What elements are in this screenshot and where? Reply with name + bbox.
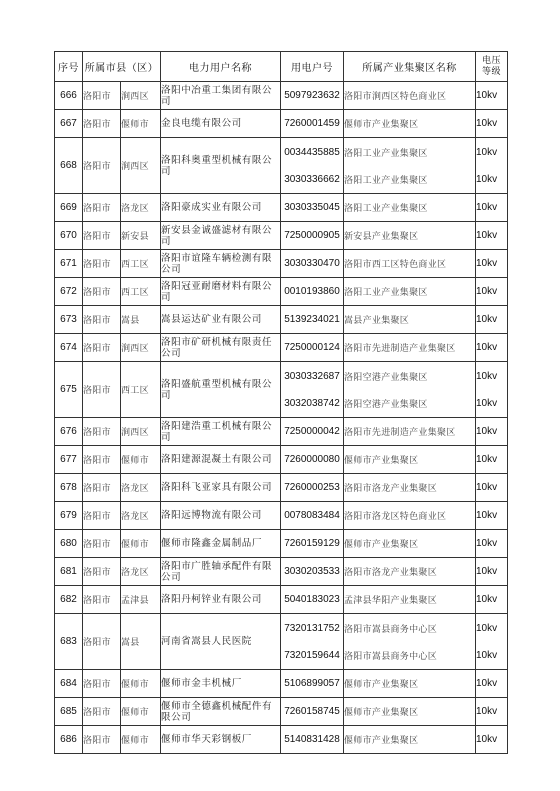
header-zone-name: 所属产业集聚区名称 bbox=[344, 52, 476, 82]
row-user-name: 洛阳远博物流有限公司 bbox=[161, 502, 281, 530]
row-voltage: 10kv bbox=[476, 278, 508, 306]
row-city: 洛阳市 bbox=[83, 278, 121, 306]
row-account-no: 7260001459 bbox=[281, 110, 344, 138]
table-row: 680洛阳市偃师市偃师市隆鑫金属制品厂7260159129偃师市产业集聚区10k… bbox=[55, 530, 508, 558]
table-row: 668洛阳市涧西区洛阳科奥重型机械有限公司0034435885303033666… bbox=[55, 138, 508, 194]
table-row: 679洛阳市洛龙区洛阳远博物流有限公司0078083484洛阳市洛龙区特色商业区… bbox=[55, 502, 508, 530]
row-zone-name: 洛阳工业产业集聚区 bbox=[344, 194, 476, 222]
row-zone-name: 洛阳市嵩县商务中心区 bbox=[344, 642, 475, 669]
row-city: 洛阳市 bbox=[83, 558, 121, 586]
row-city: 洛阳市 bbox=[83, 194, 121, 222]
row-city: 洛阳市 bbox=[83, 670, 121, 698]
row-city: 洛阳市 bbox=[83, 250, 121, 278]
table-row: 672洛阳市西工区洛阳冠亚耐磨材料有限公司0010193860洛阳工业产业集聚区… bbox=[55, 278, 508, 306]
row-account-no: 3030332687 bbox=[281, 363, 343, 390]
row-zone-name: 洛阳市西工区特色商业区 bbox=[344, 250, 476, 278]
table-row: 681洛阳市洛龙区洛阳市广胜轴承配件有限公司3030203533洛阳市洛龙产业集… bbox=[55, 558, 508, 586]
row-county: 西工区 bbox=[121, 362, 161, 418]
row-zone-name: 洛阳工业产业集聚区 bbox=[344, 139, 475, 166]
table-row: 675洛阳市西工区洛阳盛航重型机械有限公司3030332687303203874… bbox=[55, 362, 508, 418]
row-zone-name: 洛阳市洛龙产业集聚区 bbox=[344, 558, 476, 586]
row-account-no: 7250000124 bbox=[281, 334, 344, 362]
row-county: 偃师市 bbox=[121, 110, 161, 138]
row-voltage-group: 10kv10kv bbox=[476, 138, 508, 194]
row-voltage: 10kv bbox=[476, 558, 508, 586]
table-row: 682洛阳市孟津县洛阳丹柯锌业有限公司5040183023孟津县华阳产业集聚区1… bbox=[55, 586, 508, 614]
row-voltage: 10kv bbox=[476, 474, 508, 502]
row-user-name: 金良电缆有限公司 bbox=[161, 110, 281, 138]
row-voltage: 10kv bbox=[476, 334, 508, 362]
row-seq: 674 bbox=[55, 334, 83, 362]
row-account-no: 0010193860 bbox=[281, 278, 344, 306]
row-seq: 669 bbox=[55, 194, 83, 222]
row-zone-name: 偃师市产业集聚区 bbox=[344, 446, 476, 474]
row-account-no: 5040183023 bbox=[281, 586, 344, 614]
row-voltage: 10kv bbox=[476, 670, 508, 698]
table-body: 666洛阳市涧西区洛阳中冶重工集团有限公司5097923632洛阳市涧西区特色商… bbox=[55, 82, 508, 754]
row-account-no: 7260000080 bbox=[281, 446, 344, 474]
row-zone-name: 洛阳市先进制造产业集聚区 bbox=[344, 418, 476, 446]
row-user-name: 洛阳市谊隆车辆检测有限公司 bbox=[161, 250, 281, 278]
row-user-name: 洛阳市广胜轴承配件有限公司 bbox=[161, 558, 281, 586]
row-zone-name: 孟津县华阳产业集聚区 bbox=[344, 586, 476, 614]
row-voltage-group: 10kv10kv bbox=[476, 614, 508, 670]
row-account-no: 7250000905 bbox=[281, 222, 344, 250]
header-voltage-line2: 等级 bbox=[476, 67, 507, 78]
row-seq: 678 bbox=[55, 474, 83, 502]
row-voltage: 10kv bbox=[476, 615, 507, 642]
row-voltage: 10kv bbox=[476, 166, 507, 193]
table-row: 676洛阳市涧西区洛阳建浩重工机械有限公司7250000042洛阳市先进制造产业… bbox=[55, 418, 508, 446]
table-header-row: 序号 所属市县（区） 电力用户名称 用电户号 所属产业集聚区名称 电压 等级 bbox=[55, 52, 508, 82]
table-row: 684洛阳市偃师市偃师市金丰机械厂5106899057偃师市产业集聚区10kv bbox=[55, 670, 508, 698]
row-seq: 667 bbox=[55, 110, 83, 138]
row-county: 洛龙区 bbox=[121, 558, 161, 586]
row-county: 洛龙区 bbox=[121, 194, 161, 222]
row-seq: 684 bbox=[55, 670, 83, 698]
row-voltage: 10kv bbox=[476, 418, 508, 446]
row-account-no-group: 30303326873032038742 bbox=[281, 362, 344, 418]
row-city: 洛阳市 bbox=[83, 418, 121, 446]
row-county: 偃师市 bbox=[121, 670, 161, 698]
row-city: 洛阳市 bbox=[83, 530, 121, 558]
table-row: 671洛阳市西工区洛阳市谊隆车辆检测有限公司3030330470洛阳市西工区特色… bbox=[55, 250, 508, 278]
row-seq: 686 bbox=[55, 726, 83, 754]
row-seq: 673 bbox=[55, 306, 83, 334]
row-user-name: 洛阳市矿研机械有限责任公司 bbox=[161, 334, 281, 362]
row-voltage: 10kv bbox=[476, 530, 508, 558]
row-seq: 681 bbox=[55, 558, 83, 586]
row-city: 洛阳市 bbox=[83, 306, 121, 334]
row-user-name: 偃师市华天彩钢板厂 bbox=[161, 726, 281, 754]
row-user-name: 洛阳科飞亚家具有限公司 bbox=[161, 474, 281, 502]
row-zone-name: 嵩县产业集聚区 bbox=[344, 306, 476, 334]
row-zone-name-group: 洛阳工业产业集聚区洛阳工业产业集聚区 bbox=[344, 138, 476, 194]
row-user-name: 洛阳冠亚耐磨材料有限公司 bbox=[161, 278, 281, 306]
row-user-name: 河南省嵩县人民医院 bbox=[161, 614, 281, 670]
document-page: 序号 所属市县（区） 电力用户名称 用电户号 所属产业集聚区名称 电压 等级 6… bbox=[0, 0, 560, 791]
row-voltage: 10kv bbox=[476, 446, 508, 474]
row-user-name: 洛阳建浩重工机械有限公司 bbox=[161, 418, 281, 446]
row-account-no: 7260159129 bbox=[281, 530, 344, 558]
row-seq: 675 bbox=[55, 362, 83, 418]
row-zone-name-group: 洛阳市嵩县商务中心区洛阳市嵩县商务中心区 bbox=[344, 614, 476, 670]
row-user-name: 洛阳建源混凝土有限公司 bbox=[161, 446, 281, 474]
row-voltage: 10kv bbox=[476, 82, 508, 110]
row-voltage: 10kv bbox=[476, 139, 507, 166]
table-row: 685洛阳市偃师市偃师市全德鑫机械配件有限公司7260158745偃师市产业集聚… bbox=[55, 698, 508, 726]
row-city: 洛阳市 bbox=[83, 110, 121, 138]
row-voltage: 10kv bbox=[476, 502, 508, 530]
header-voltage-line1: 电压 bbox=[476, 56, 507, 67]
row-zone-name: 洛阳工业产业集聚区 bbox=[344, 278, 476, 306]
row-county: 涧西区 bbox=[121, 418, 161, 446]
row-seq: 666 bbox=[55, 82, 83, 110]
row-seq: 668 bbox=[55, 138, 83, 194]
row-county: 涧西区 bbox=[121, 82, 161, 110]
row-county: 偃师市 bbox=[121, 726, 161, 754]
row-voltage: 10kv bbox=[476, 698, 508, 726]
row-zone-name: 洛阳市涧西区特色商业区 bbox=[344, 82, 476, 110]
row-seq: 679 bbox=[55, 502, 83, 530]
row-voltage: 10kv bbox=[476, 110, 508, 138]
row-account-no: 7320131752 bbox=[281, 615, 343, 642]
row-city: 洛阳市 bbox=[83, 614, 121, 670]
row-city: 洛阳市 bbox=[83, 82, 121, 110]
row-seq: 676 bbox=[55, 418, 83, 446]
row-county: 西工区 bbox=[121, 278, 161, 306]
row-account-no: 7250000042 bbox=[281, 418, 344, 446]
row-voltage: 10kv bbox=[476, 363, 507, 390]
row-city: 洛阳市 bbox=[83, 502, 121, 530]
row-account-no: 3032038742 bbox=[281, 390, 343, 417]
table-row: 678洛阳市洛龙区洛阳科飞亚家具有限公司7260000253洛阳市洛龙产业集聚区… bbox=[55, 474, 508, 502]
row-account-no: 5097923632 bbox=[281, 82, 344, 110]
row-voltage: 10kv bbox=[476, 642, 507, 669]
row-voltage-group: 10kv10kv bbox=[476, 362, 508, 418]
row-zone-name: 洛阳市洛龙产业集聚区 bbox=[344, 474, 476, 502]
row-account-no: 7260158745 bbox=[281, 698, 344, 726]
table-row: 683洛阳市嵩县河南省嵩县人民医院73201317527320159644洛阳市… bbox=[55, 614, 508, 670]
row-account-no: 3030336662 bbox=[281, 166, 343, 193]
row-account-no: 3030335045 bbox=[281, 194, 344, 222]
row-account-no: 0078083484 bbox=[281, 502, 344, 530]
row-city: 洛阳市 bbox=[83, 586, 121, 614]
row-zone-name: 偃师市产业集聚区 bbox=[344, 110, 476, 138]
row-city: 洛阳市 bbox=[83, 138, 121, 194]
row-voltage: 10kv bbox=[476, 222, 508, 250]
power-users-table: 序号 所属市县（区） 电力用户名称 用电户号 所属产业集聚区名称 电压 等级 6… bbox=[54, 51, 508, 754]
row-county: 涧西区 bbox=[121, 334, 161, 362]
header-voltage: 电压 等级 bbox=[476, 52, 508, 82]
table-row: 677洛阳市偃师市洛阳建源混凝土有限公司7260000080偃师市产业集聚区10… bbox=[55, 446, 508, 474]
row-county: 涧西区 bbox=[121, 138, 161, 194]
row-county: 偃师市 bbox=[121, 698, 161, 726]
row-county: 嵩县 bbox=[121, 614, 161, 670]
row-user-name: 偃师市全德鑫机械配件有限公司 bbox=[161, 698, 281, 726]
row-zone-name: 新安县产业集聚区 bbox=[344, 222, 476, 250]
row-zone-name-group: 洛阳空港产业集聚区洛阳空港产业集聚区 bbox=[344, 362, 476, 418]
row-zone-name: 洛阳工业产业集聚区 bbox=[344, 166, 475, 193]
row-user-name: 洛阳盛航重型机械有限公司 bbox=[161, 362, 281, 418]
table-row: 666洛阳市涧西区洛阳中冶重工集团有限公司5097923632洛阳市涧西区特色商… bbox=[55, 82, 508, 110]
row-seq: 682 bbox=[55, 586, 83, 614]
row-county: 孟津县 bbox=[121, 586, 161, 614]
row-user-name: 偃师市隆鑫金属制品厂 bbox=[161, 530, 281, 558]
header-user-name: 电力用户名称 bbox=[161, 52, 281, 82]
row-voltage: 10kv bbox=[476, 194, 508, 222]
row-account-no: 5140831428 bbox=[281, 726, 344, 754]
row-account-no: 5139234021 bbox=[281, 306, 344, 334]
row-zone-name: 洛阳市洛龙区特色商业区 bbox=[344, 502, 476, 530]
row-user-name: 洛阳丹柯锌业有限公司 bbox=[161, 586, 281, 614]
table-row: 674洛阳市涧西区洛阳市矿研机械有限责任公司7250000124洛阳市先进制造产… bbox=[55, 334, 508, 362]
row-account-no: 3030203533 bbox=[281, 558, 344, 586]
row-city: 洛阳市 bbox=[83, 222, 121, 250]
row-voltage: 10kv bbox=[476, 726, 508, 754]
row-zone-name: 洛阳市嵩县商务中心区 bbox=[344, 615, 475, 642]
header-region: 所属市县（区） bbox=[83, 52, 161, 82]
row-county: 新安县 bbox=[121, 222, 161, 250]
row-user-name: 嵩县运达矿业有限公司 bbox=[161, 306, 281, 334]
table-row: 673洛阳市嵩县嵩县运达矿业有限公司5139234021嵩县产业集聚区10kv bbox=[55, 306, 508, 334]
row-city: 洛阳市 bbox=[83, 446, 121, 474]
table-row: 667洛阳市偃师市金良电缆有限公司7260001459偃师市产业集聚区10kv bbox=[55, 110, 508, 138]
row-seq: 671 bbox=[55, 250, 83, 278]
row-seq: 685 bbox=[55, 698, 83, 726]
row-seq: 680 bbox=[55, 530, 83, 558]
row-account-no: 7320159644 bbox=[281, 642, 343, 669]
row-account-no-group: 00344358853030336662 bbox=[281, 138, 344, 194]
row-user-name: 洛阳中冶重工集团有限公司 bbox=[161, 82, 281, 110]
row-city: 洛阳市 bbox=[83, 474, 121, 502]
row-voltage: 10kv bbox=[476, 250, 508, 278]
row-zone-name: 洛阳空港产业集聚区 bbox=[344, 390, 475, 417]
row-county: 偃师市 bbox=[121, 446, 161, 474]
row-voltage: 10kv bbox=[476, 586, 508, 614]
row-user-name: 洛阳豪成实业有限公司 bbox=[161, 194, 281, 222]
row-voltage: 10kv bbox=[476, 390, 507, 417]
row-voltage: 10kv bbox=[476, 306, 508, 334]
row-account-no: 0034435885 bbox=[281, 139, 343, 166]
row-zone-name: 偃师市产业集聚区 bbox=[344, 698, 476, 726]
row-user-name: 洛阳科奥重型机械有限公司 bbox=[161, 138, 281, 194]
table-row: 686洛阳市偃师市偃师市华天彩钢板厂5140831428偃师市产业集聚区10kv bbox=[55, 726, 508, 754]
row-county: 偃师市 bbox=[121, 530, 161, 558]
row-seq: 683 bbox=[55, 614, 83, 670]
row-county: 洛龙区 bbox=[121, 474, 161, 502]
row-county: 洛龙区 bbox=[121, 502, 161, 530]
row-county: 嵩县 bbox=[121, 306, 161, 334]
row-user-name: 偃师市金丰机械厂 bbox=[161, 670, 281, 698]
row-seq: 677 bbox=[55, 446, 83, 474]
row-account-no: 7260000253 bbox=[281, 474, 344, 502]
row-zone-name: 洛阳空港产业集聚区 bbox=[344, 363, 475, 390]
table-row: 670洛阳市新安县新安县金诚盛滤材有限公司7250000905新安县产业集聚区1… bbox=[55, 222, 508, 250]
row-seq: 672 bbox=[55, 278, 83, 306]
row-county: 西工区 bbox=[121, 250, 161, 278]
header-seq: 序号 bbox=[55, 52, 83, 82]
header-account-no: 用电户号 bbox=[281, 52, 344, 82]
row-zone-name: 偃师市产业集聚区 bbox=[344, 726, 476, 754]
row-user-name: 新安县金诚盛滤材有限公司 bbox=[161, 222, 281, 250]
row-account-no: 5106899057 bbox=[281, 670, 344, 698]
row-zone-name: 偃师市产业集聚区 bbox=[344, 670, 476, 698]
row-account-no-group: 73201317527320159644 bbox=[281, 614, 344, 670]
row-city: 洛阳市 bbox=[83, 334, 121, 362]
row-city: 洛阳市 bbox=[83, 698, 121, 726]
row-seq: 670 bbox=[55, 222, 83, 250]
row-account-no: 3030330470 bbox=[281, 250, 344, 278]
row-city: 洛阳市 bbox=[83, 726, 121, 754]
row-zone-name: 偃师市产业集聚区 bbox=[344, 530, 476, 558]
table-row: 669洛阳市洛龙区洛阳豪成实业有限公司3030335045洛阳工业产业集聚区10… bbox=[55, 194, 508, 222]
row-zone-name: 洛阳市先进制造产业集聚区 bbox=[344, 334, 476, 362]
row-city: 洛阳市 bbox=[83, 362, 121, 418]
